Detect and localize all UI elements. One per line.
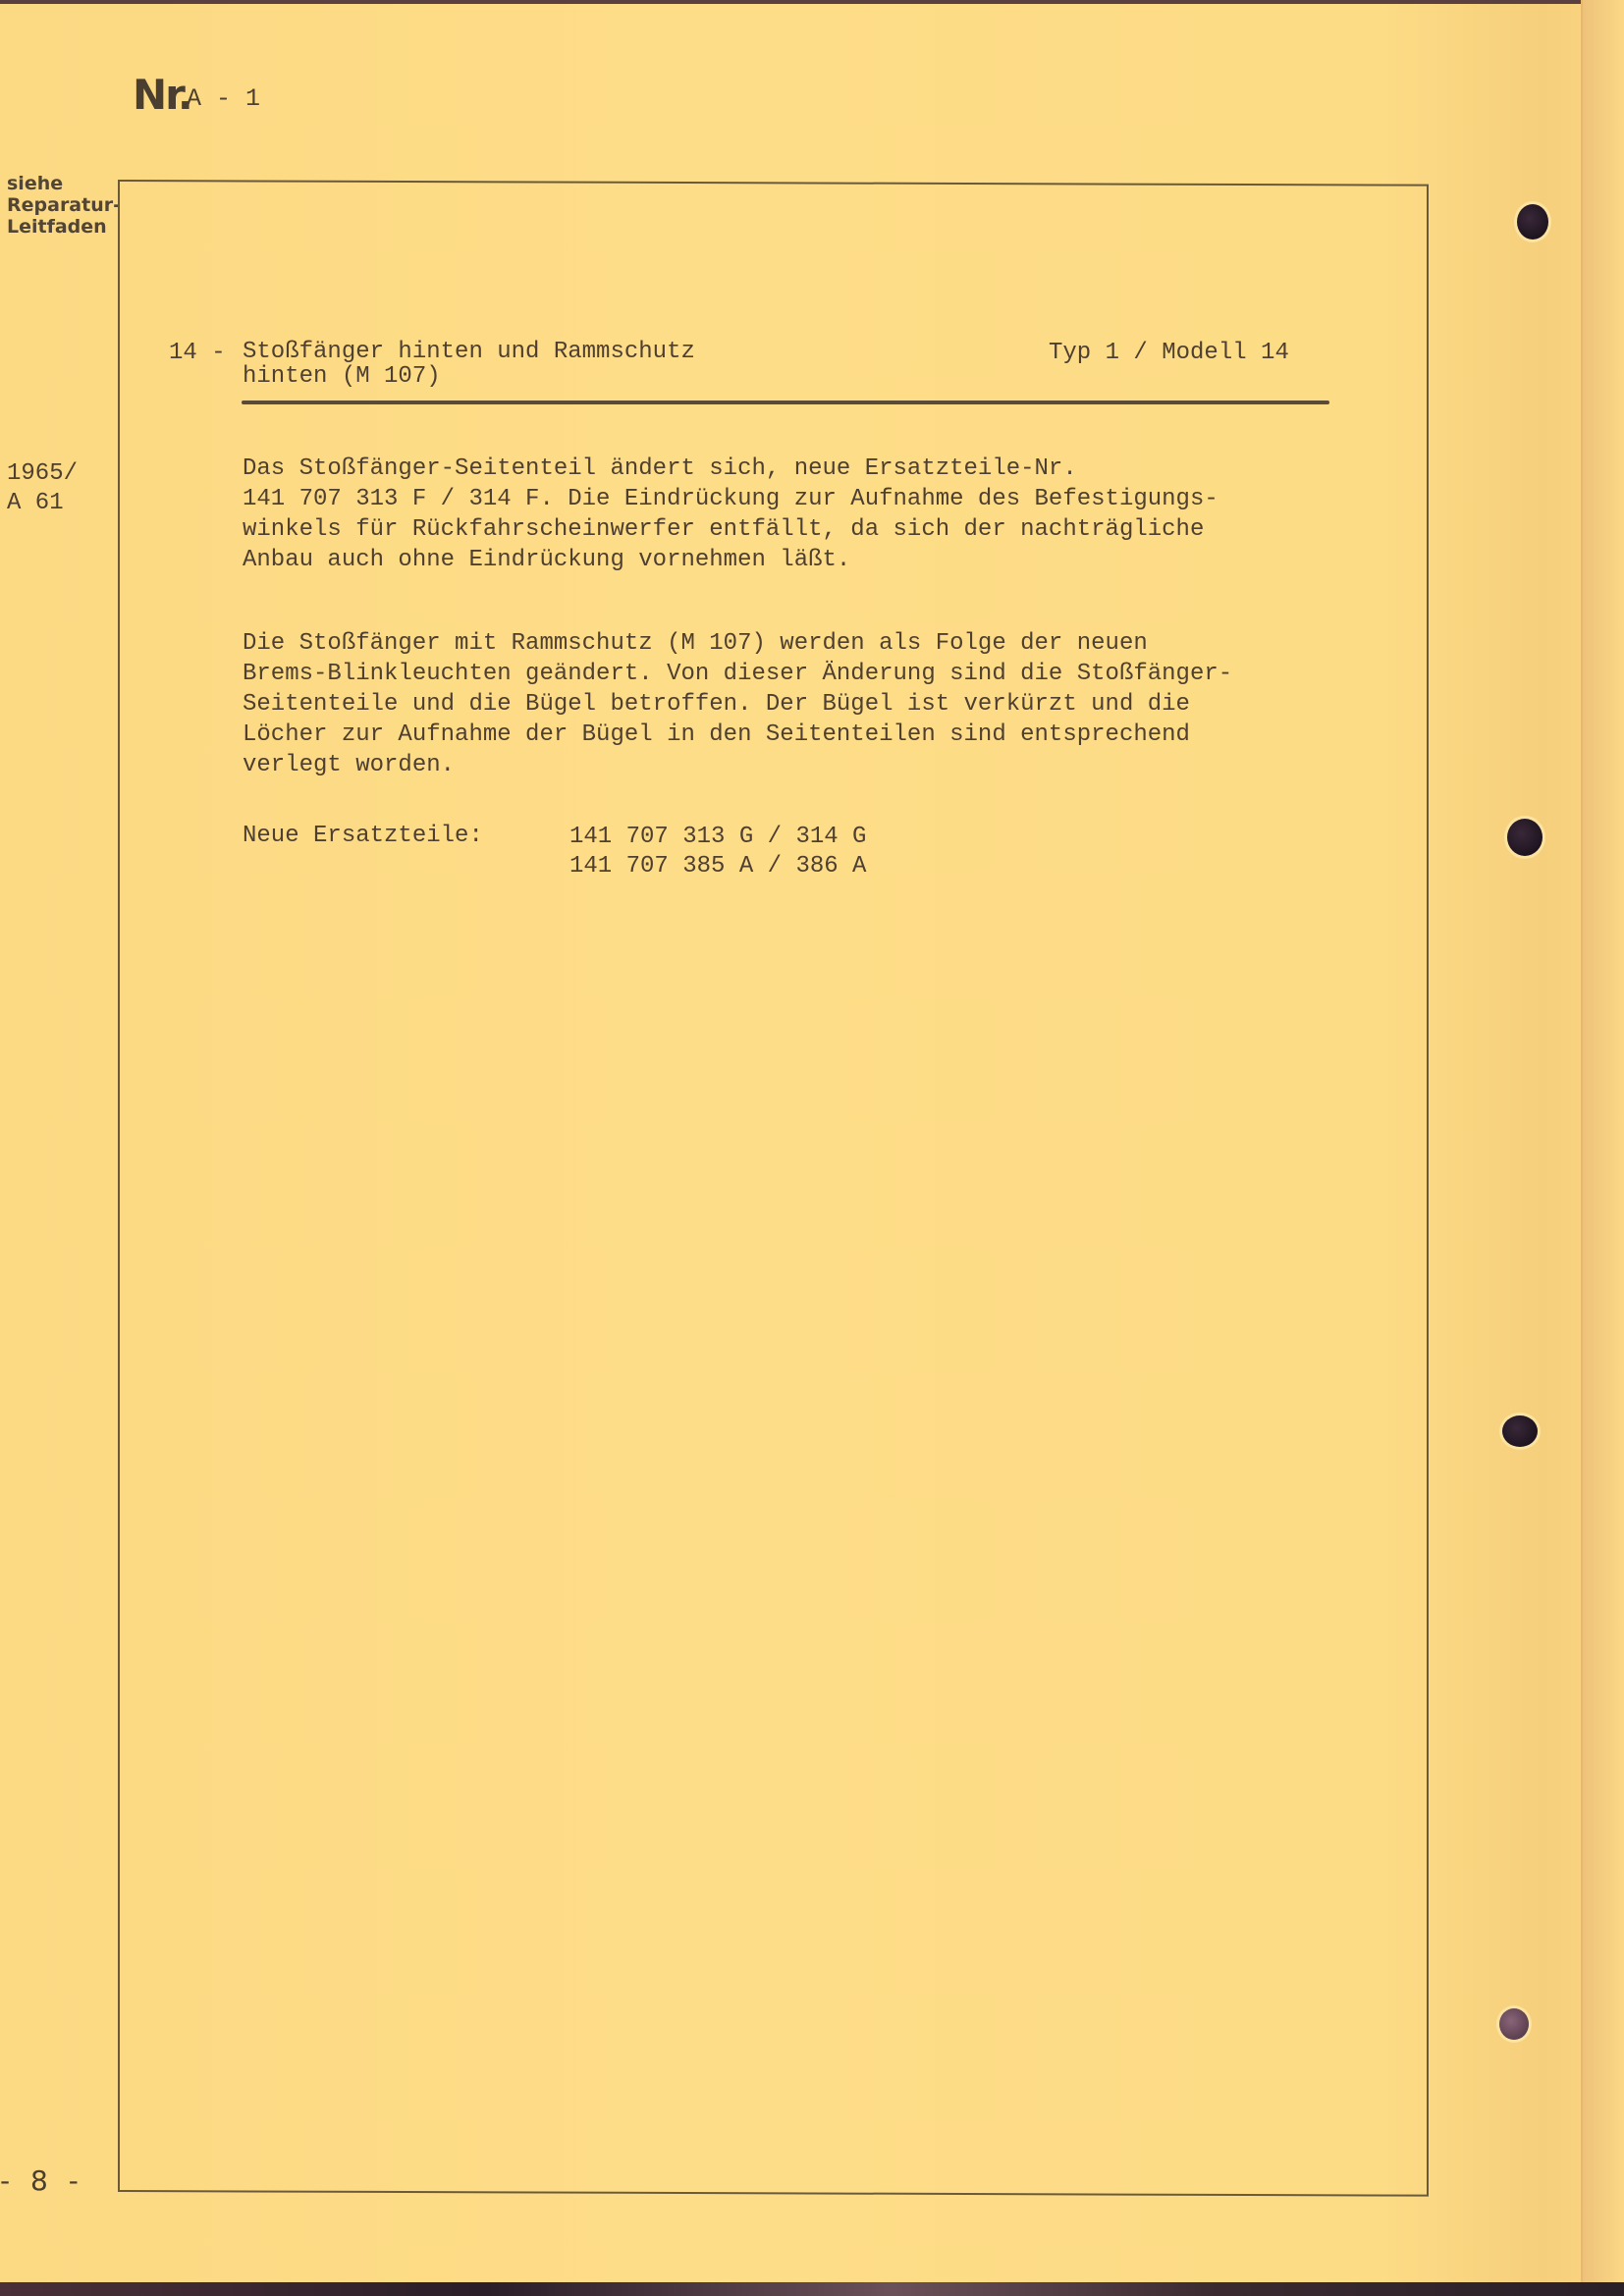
part-number: 141 707 385 A / 386 A bbox=[569, 852, 866, 881]
scan-top-edge bbox=[0, 0, 1624, 4]
page-number: - 8 - bbox=[0, 2164, 84, 2197]
punch-hole-icon bbox=[1507, 819, 1543, 856]
paragraph-ram-guard-change: Die Stoßfänger mit Rammschutz (M 107) we… bbox=[243, 628, 1232, 780]
section-model: Typ 1 / Modell 14 bbox=[1049, 340, 1289, 366]
reference-note: siehe Reparatur- Leitfaden bbox=[7, 173, 121, 238]
date-reference: 1965/ A 61 bbox=[7, 459, 78, 518]
page-fold-shade bbox=[1583, 0, 1624, 2285]
part-number: 141 707 313 G / 314 G bbox=[569, 823, 866, 852]
parts-list: 141 707 313 G / 314 G 141 707 385 A / 38… bbox=[569, 823, 866, 881]
parts-label: Neue Ersatzteile: bbox=[243, 823, 483, 849]
punch-hole-icon bbox=[1502, 1415, 1538, 1447]
document-number-label: Nr. bbox=[133, 71, 191, 119]
document-number-value: A - 1 bbox=[187, 84, 260, 113]
punch-hole-icon bbox=[1517, 204, 1548, 240]
document-page: Nr. A - 1 siehe Reparatur- Leitfaden 196… bbox=[0, 0, 1624, 2285]
scan-bottom-edge bbox=[0, 2282, 1624, 2296]
section-underline bbox=[242, 400, 1329, 404]
punch-hole-icon bbox=[1499, 2008, 1529, 2040]
section-title: Stoßfänger hinten und Rammschutz hinten … bbox=[243, 340, 695, 389]
paragraph-side-panel-change: Das Stoßfänger-Seitenteil ändert sich, n… bbox=[243, 454, 1218, 575]
section-number: 14 - bbox=[169, 340, 226, 366]
